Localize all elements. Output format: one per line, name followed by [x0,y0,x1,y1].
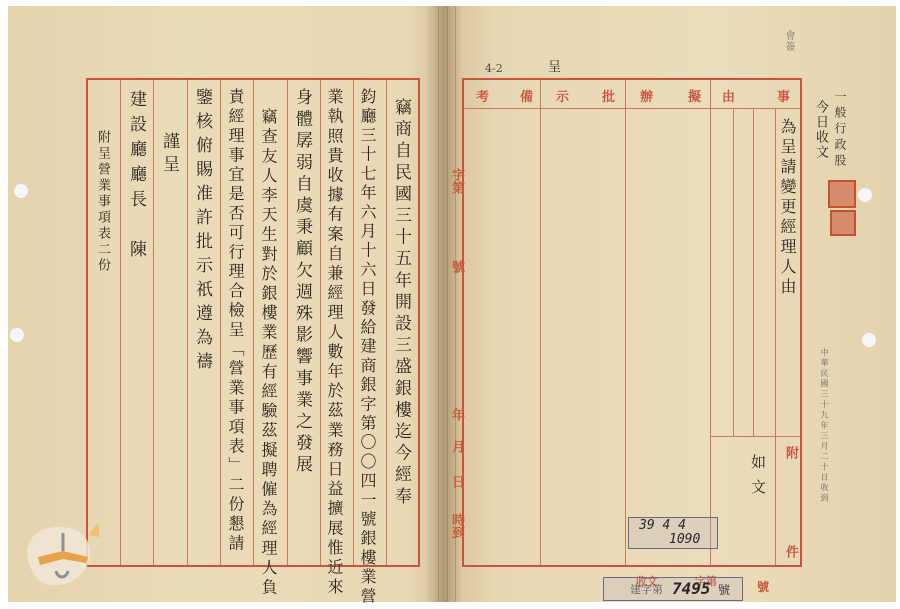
column-rule [187,80,188,565]
addressee: 建設廳廳長 陳 [127,90,144,265]
punch-hole [858,188,872,202]
attachment-note: 附呈營業事項表二份 [96,130,109,274]
received-date: 39 4 4 [639,518,686,533]
column-rule [386,80,387,565]
petition-line-6: 責經理事宜是否可行理合檢呈「營業事項表」二份懇請 [227,88,243,554]
column-rule [287,80,288,565]
filing-stamp: 建字第 7495 號 [603,577,743,601]
form-col-rule [625,80,626,565]
archive-logo-icon [18,505,108,590]
header-subject-right: 事 [777,86,790,105]
column-rule [220,80,221,565]
column-rule [353,80,354,565]
fold-line [438,6,439,602]
petition-line-2: 鈞廳三十七年六月十六日發給建商銀字第〇〇四一號銀樓業營 [359,88,375,606]
top-mark: 呈 [548,56,561,75]
column-rule [320,80,321,565]
subject-sub-rule [753,108,754,436]
petition-line-1: 竊商自民國三十五年開設三盛銀樓迄今經奉 [392,98,409,508]
petition-line-7: 鑒核俯賜准許批示祇遵為禱 [193,88,210,376]
attachment-value: 如文 [750,454,765,504]
header-remarks-right: 備 [520,86,533,105]
handwritten-department: 一般行政股 [834,90,846,170]
attachment-rule [710,436,800,437]
date-received-stamp: 中華民國三十九年三月二十日收到 [820,348,828,504]
red-seal [830,210,856,236]
header-subject-left: 由 [722,86,735,105]
column-rule [253,80,254,565]
header-proposal-left: 辦 [640,86,653,105]
column-rule [153,80,154,565]
filing-number: 7495 [672,579,711,598]
punch-hole [14,184,28,198]
label-hao: 號 [757,578,769,595]
attachment-label-rule [775,436,776,565]
header-remarks-left: 考 [476,86,489,105]
received-number: 1090 [669,532,700,547]
form-col-rule [540,80,541,565]
subject-text: 為呈請變更經理人由 [779,118,795,298]
salutation: 謹呈 [160,132,177,178]
subject-sub-rule [733,108,734,436]
petition-line-3: 業執照貴收據有案自兼經理人數年於茲業務日益擴展惟近來 [326,88,342,598]
header-instruction-right: 批 [602,86,615,105]
filing-suffix: 號 [718,581,730,598]
petition-line-5: 竊查友人李天生對於銀樓業歷有經驗茲擬聘僱為經理人負 [260,108,276,598]
subject-sub-rule [775,108,776,436]
header-proposal-right: 擬 [688,86,701,105]
punch-hole [10,328,24,342]
petition-line-4: 身體孱弱自虞秉顧欠週殊影響事業之發展 [293,88,310,477]
column-rule [120,80,121,565]
red-seal [828,180,856,208]
attachment-label-bottom: 件 [781,545,800,558]
signature: 今日收文 [814,100,827,160]
form-col-rule [710,80,711,565]
punch-hole [862,333,876,347]
filing-prefix: 建字第 [630,581,663,597]
pencil-note: 4-2 [485,62,503,75]
pencil-cosign: 會簽 [783,30,793,52]
header-rule [464,108,800,109]
header-instruction-left: 示 [556,86,569,105]
received-stamp: 39 4 4 1090 [628,517,718,549]
attachment-label-top: 附 [781,446,800,459]
